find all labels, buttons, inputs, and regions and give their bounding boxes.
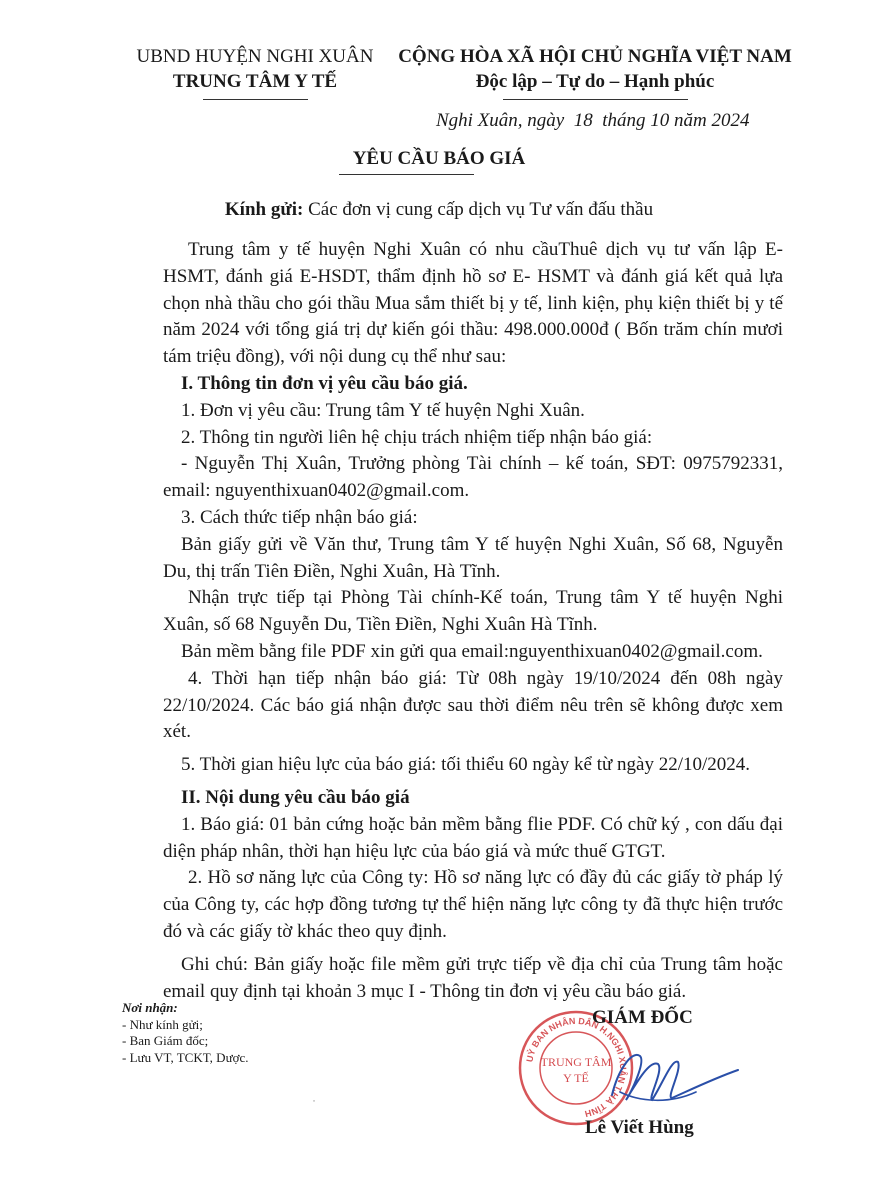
country-name: CỘNG HÒA XÃ HỘI CHỦ NGHĨA VIỆT NAM [395,44,795,69]
addressee-line: Kính gửi: Các đơn vị cung cấp dịch vụ Tư… [0,199,878,221]
section-2-item-1: 1. Báo giá: 01 bản cứng hoặc bản mềm bằn… [163,812,783,866]
svg-text:Y TẾ: Y TẾ [563,1070,589,1085]
addressee-label: Kính gửi: [225,199,303,220]
handwritten-signature-icon [600,1040,740,1110]
document-title: YÊU CẦU BÁO GIÁ [0,148,878,170]
title-underline [339,174,474,175]
date-line: Nghi Xuân, ngày 18 tháng 10 năm 2024 [436,110,750,132]
recipients-label: Nơi nhận: [122,1000,249,1017]
section-1-heading: I. Thông tin đơn vị yêu cầu báo giá. [163,371,783,398]
method-direct: Nhận trực tiếp tại Phòng Tài chính-Kế to… [163,585,783,639]
method-paper: Bản giấy gửi về Văn thư, Trung tâm Y tế … [163,532,783,586]
motto-divider [503,99,688,100]
document-body: Trung tâm y tế huyện Nghi Xuân có nhu cầ… [163,237,783,1005]
motto: Độc lập – Tự do – Hạnh phúc [395,69,795,94]
org-parent: UBND HUYỆN NGHI XUÂN [120,44,390,69]
scan-speck: ˙ [312,1097,316,1112]
note: Ghi chú: Bản giấy hoặc file mềm gửi trực… [163,952,783,1006]
section-1-item-1: 1. Đơn vị yêu cầu: Trung tâm Y tế huyện … [163,398,783,425]
recipient-item: - Lưu VT, TCKT, Dược. [122,1050,249,1067]
method-email: Bản mềm bằng file PDF xin gửi qua email:… [163,639,783,666]
header-divider [203,99,308,100]
recipient-item: - Ban Giám đốc; [122,1033,249,1050]
issuing-organization: UBND HUYỆN NGHI XUÂN TRUNG TÂM Y TẾ [120,44,390,100]
section-1-item-5: 5. Thời gian hiệu lực của báo giá: tối t… [163,752,783,779]
signer-title: GIÁM ĐỐC [592,1007,693,1029]
section-1-item-3: 3. Cách thức tiếp nhận báo giá: [163,505,783,532]
section-2-item-2: 2. Hồ sơ năng lực của Công ty: Hồ sơ năn… [163,865,783,945]
recipients-block: Nơi nhận: - Như kính gửi; - Ban Giám đốc… [122,1000,249,1066]
section-1-item-2: 2. Thông tin người liên hệ chịu trách nh… [163,425,783,452]
section-2-heading: II. Nội dung yêu cầu báo giá [163,785,783,812]
recipient-item: - Như kính gửi; [122,1017,249,1034]
signer-name: Lê Viết Hùng [585,1117,694,1139]
national-motto: CỘNG HÒA XÃ HỘI CHỦ NGHĨA VIỆT NAM Độc l… [395,44,795,100]
contact-person: - Nguyễn Thị Xuân, Trưởng phòng Tài chín… [163,451,783,505]
section-1-item-4: 4. Thời hạn tiếp nhận báo giá: Từ 08h ng… [163,666,783,746]
org-name: TRUNG TÂM Y TẾ [120,69,390,94]
addressee-value: Các đơn vị cung cấp dịch vụ Tư vấn đấu t… [303,199,653,220]
intro-paragraph: Trung tâm y tế huyện Nghi Xuân có nhu cầ… [163,237,783,371]
